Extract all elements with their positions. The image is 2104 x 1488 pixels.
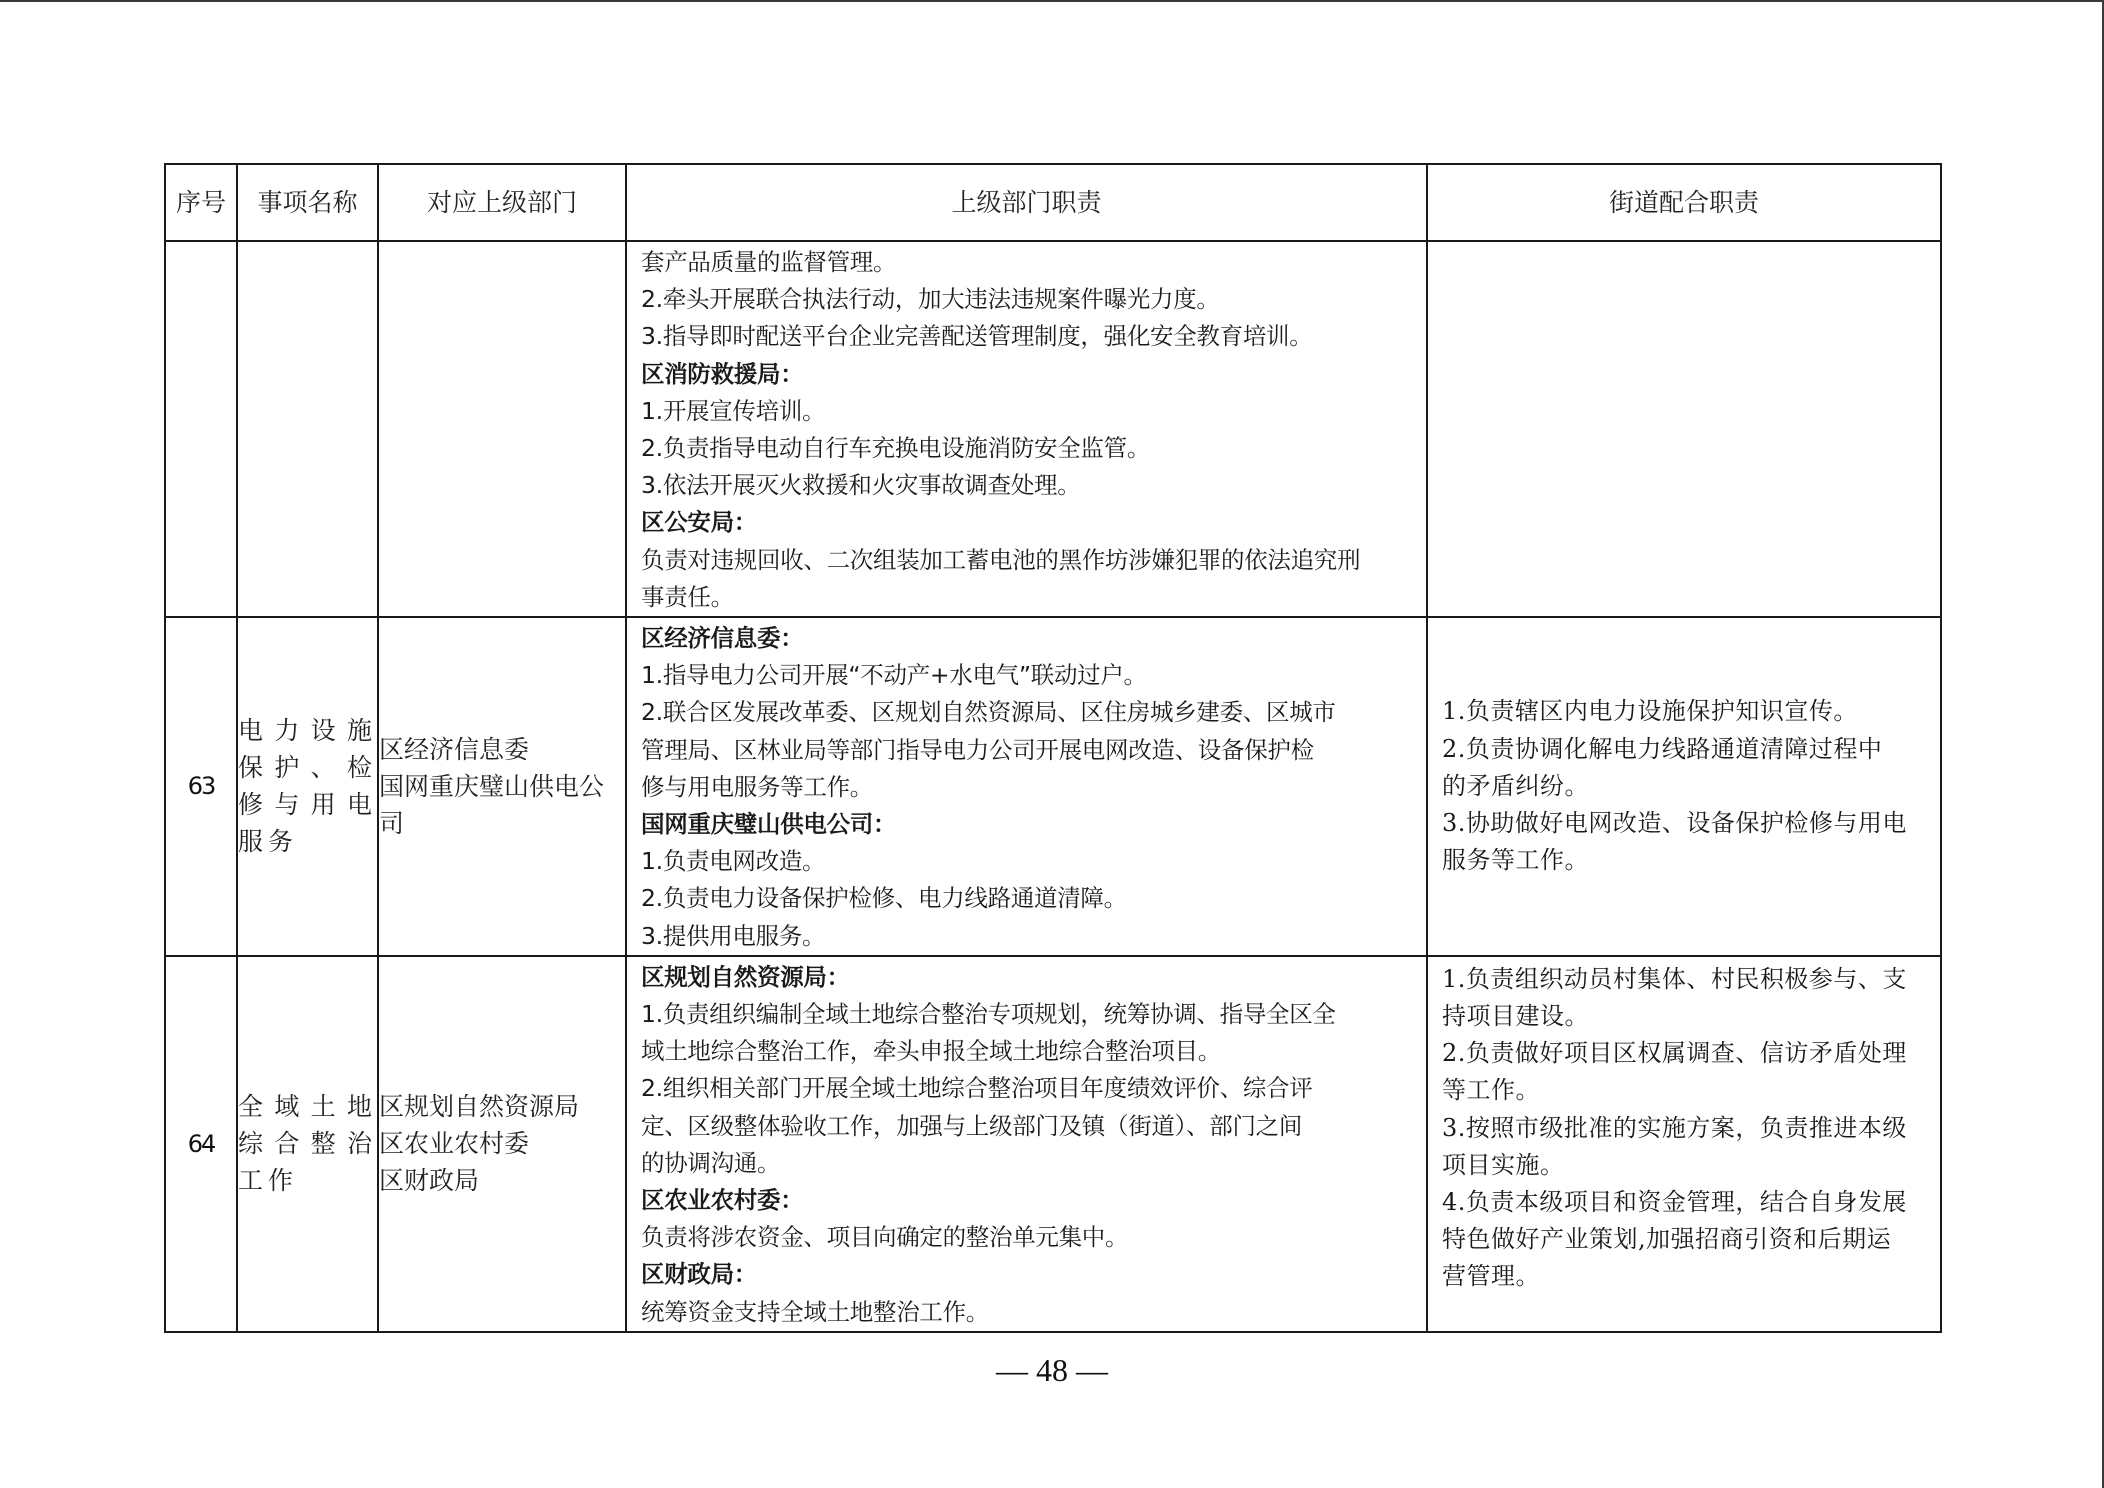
dept-heading: 区财政局： xyxy=(641,1256,1414,1293)
street-duty-line: 1.负责辖区内电力设施保护知识宣传。 xyxy=(1442,693,1928,730)
duty-line: 1.负责组织编制全域土地综合整治专项规划，统筹协调、指导全区全 xyxy=(641,996,1414,1033)
duty-line: 负责将涉农资金、项目向确定的整治单元集中。 xyxy=(641,1219,1414,1256)
dept-heading: 区公安局： xyxy=(641,504,1414,541)
duty-line: 2.牵头开展联合执法行动，加大违法违规案件曝光力度。 xyxy=(641,281,1414,318)
duty-line: 3.指导即时配送平台企业完善配送管理制度，强化安全教育培训。 xyxy=(641,318,1414,355)
dept-name: 区财政局 xyxy=(379,1162,625,1199)
table-row-64: 64 全域土地综合整治工作 区规划自然资源局 区农业农村委 区财政局 区规划自然… xyxy=(165,956,1941,1332)
seq-cell xyxy=(165,241,237,617)
duty-line: 统筹资金支持全域土地整治工作。 xyxy=(641,1294,1414,1331)
dept-name: 区农业农村委 xyxy=(379,1125,625,1162)
street-duties-cell: 1.负责辖区内电力设施保护知识宣传。 2.负责协调化解电力线路通道清障过程中 的… xyxy=(1427,617,1941,956)
street-duty-line: 营管理。 xyxy=(1442,1258,1928,1295)
upper-dept-cell: 区经济信息委 国网重庆璧山供电公司 xyxy=(378,617,626,956)
dept-name: 区经济信息委 xyxy=(379,731,625,768)
item-name-cell xyxy=(237,241,378,617)
duty-line: 2.联合区发展改革委、区规划自然资源局、区住房城乡建委、区城市 xyxy=(641,694,1414,731)
street-duty-line: 3.按照市级批准的实施方案，负责推进本级 xyxy=(1442,1110,1928,1147)
dept-heading: 区规划自然资源局： xyxy=(641,959,1414,996)
dept-name: 区规划自然资源局 xyxy=(379,1088,625,1125)
table-row-continuation: 套产品质量的监督管理。 2.牵头开展联合执法行动，加大违法违规案件曝光力度。 3… xyxy=(165,241,1941,617)
street-duty-line: 3.协助做好电网改造、设备保护检修与用电 xyxy=(1442,805,1928,842)
item-name-cell: 电力设施保护、检修与用电服务 xyxy=(237,617,378,956)
duty-line: 3.依法开展灭火救援和火灾事故调查处理。 xyxy=(641,467,1414,504)
duty-line: 的协调沟通。 xyxy=(641,1145,1414,1182)
responsibility-table: 序号 事项名称 对应上级部门 上级部门职责 街道配合职责 套产品质量的监督管理。… xyxy=(164,163,1942,1333)
upper-duties-cell: 区规划自然资源局： 1.负责组织编制全域土地综合整治专项规划，统筹协调、指导全区… xyxy=(626,956,1427,1332)
duty-line: 事责任。 xyxy=(641,579,1414,616)
duty-line: 定、区级整体验收工作，加强与上级部门及镇（街道）、部门之间 xyxy=(641,1108,1414,1145)
duty-line: 负责对违规回收、二次组装加工蓄电池的黑作坊涉嫌犯罪的依法追究刑 xyxy=(641,542,1414,579)
dept-heading: 区农业农村委： xyxy=(641,1182,1414,1219)
duty-line: 1.负责电网改造。 xyxy=(641,843,1414,880)
street-duties-cell: 1.负责组织动员村集体、村民积极参与、支 持项目建设。 2.负责做好项目区权属调… xyxy=(1427,956,1941,1332)
duty-line: 套产品质量的监督管理。 xyxy=(641,244,1414,281)
street-duty-line: 服务等工作。 xyxy=(1442,842,1928,879)
upper-dept-cell xyxy=(378,241,626,617)
table-header-row: 序号 事项名称 对应上级部门 上级部门职责 街道配合职责 xyxy=(165,164,1941,241)
dept-heading: 国网重庆璧山供电公司： xyxy=(641,806,1414,843)
page-edge-top xyxy=(0,0,2104,2)
street-duty-line: 项目实施。 xyxy=(1442,1147,1928,1184)
page-number: — 48 — xyxy=(0,1352,2104,1389)
duty-line: 1.指导电力公司开展“不动产+水电气”联动过户。 xyxy=(641,657,1414,694)
header-item-name: 事项名称 xyxy=(237,164,378,241)
street-duty-line: 等工作。 xyxy=(1442,1072,1928,1109)
duty-line: 1.开展宣传培训。 xyxy=(641,393,1414,430)
street-duty-line: 持项目建设。 xyxy=(1442,998,1928,1035)
table-row-63: 63 电力设施保护、检修与用电服务 区经济信息委 国网重庆璧山供电公司 区经济信… xyxy=(165,617,1941,956)
upper-duties-cell: 套产品质量的监督管理。 2.牵头开展联合执法行动，加大违法违规案件曝光力度。 3… xyxy=(626,241,1427,617)
duty-line: 管理局、区林业局等部门指导电力公司开展电网改造、设备保护检 xyxy=(641,732,1414,769)
dept-heading: 区消防救援局： xyxy=(641,356,1414,393)
street-duty-line: 特色做好产业策划,加强招商引资和后期运 xyxy=(1442,1221,1928,1258)
street-duty-line: 的矛盾纠纷。 xyxy=(1442,768,1928,805)
header-upper-dept: 对应上级部门 xyxy=(378,164,626,241)
duty-line: 3.提供用电服务。 xyxy=(641,918,1414,955)
item-name-cell: 全域土地综合整治工作 xyxy=(237,956,378,1332)
header-street-duties: 街道配合职责 xyxy=(1427,164,1941,241)
street-duty-line: 2.负责做好项目区权属调查、信访矛盾处理 xyxy=(1442,1035,1928,1072)
dept-name: 国网重庆璧山供电公司 xyxy=(379,768,625,842)
duty-line: 2.负责电力设备保护检修、电力线路通道清障。 xyxy=(641,880,1414,917)
street-duty-line: 2.负责协调化解电力线路通道清障过程中 xyxy=(1442,731,1928,768)
dept-heading: 区经济信息委： xyxy=(641,620,1414,657)
header-seq: 序号 xyxy=(165,164,237,241)
street-duty-line: 4.负责本级项目和资金管理，结合自身发展 xyxy=(1442,1184,1928,1221)
duty-line: 2.组织相关部门开展全域土地综合整治项目年度绩效评价、综合评 xyxy=(641,1070,1414,1107)
duty-line: 修与用电服务等工作。 xyxy=(641,769,1414,806)
street-duties-cell xyxy=(1427,241,1941,617)
seq-cell: 63 xyxy=(165,617,237,956)
street-duty-line: 1.负责组织动员村集体、村民积极参与、支 xyxy=(1442,961,1928,998)
header-upper-duties: 上级部门职责 xyxy=(626,164,1427,241)
upper-duties-cell: 区经济信息委： 1.指导电力公司开展“不动产+水电气”联动过户。 2.联合区发展… xyxy=(626,617,1427,956)
duty-line: 2.负责指导电动自行车充换电设施消防安全监管。 xyxy=(641,430,1414,467)
duty-line: 域土地综合整治工作，牵头申报全域土地综合整治项目。 xyxy=(641,1033,1414,1070)
upper-dept-cell: 区规划自然资源局 区农业农村委 区财政局 xyxy=(378,956,626,1332)
seq-cell: 64 xyxy=(165,956,237,1332)
